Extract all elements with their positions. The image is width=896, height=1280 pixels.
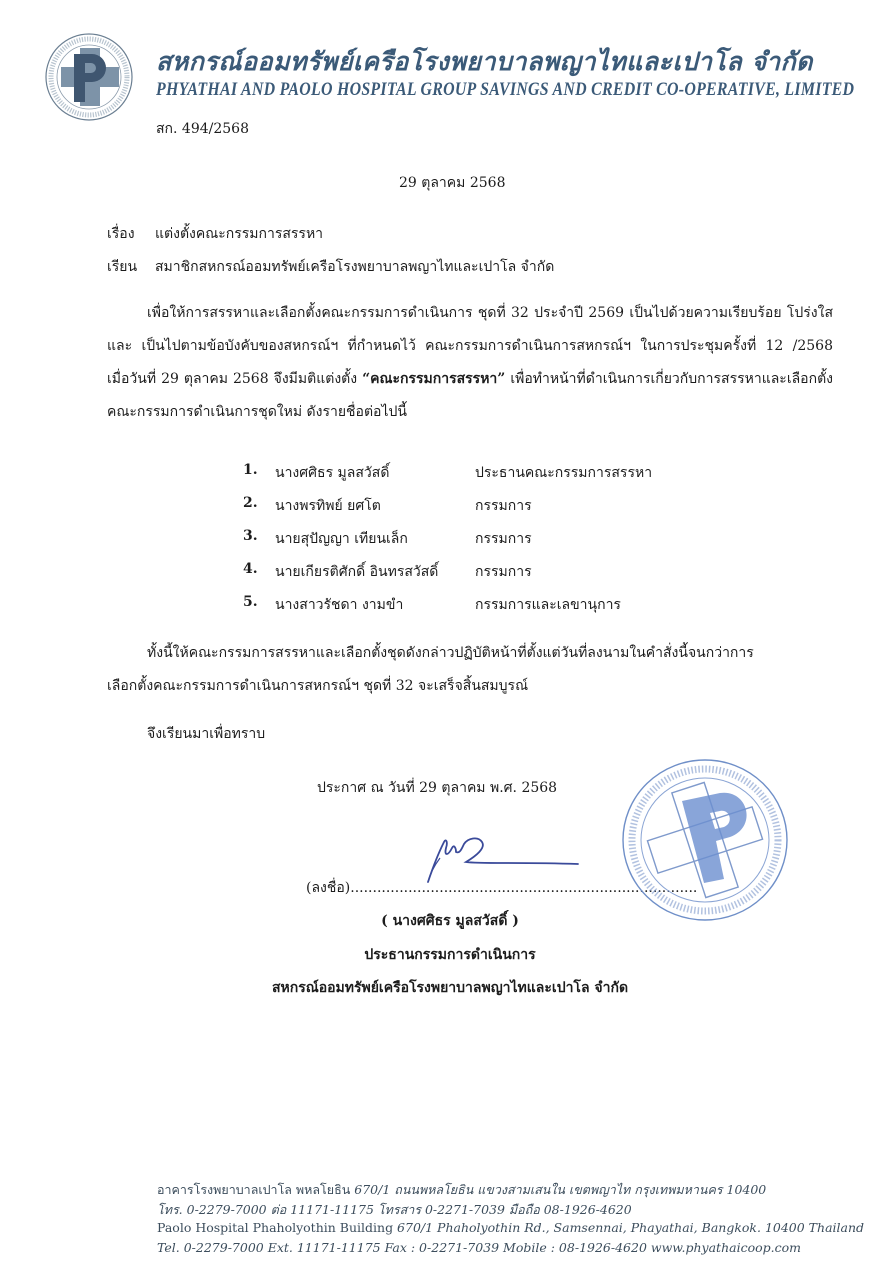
footer-address-thai: อาคารโรงพยาบาลเปาโล พหลโยธิน 670/1 ถนนพห…: [157, 1180, 766, 1200]
cross-p-logo-icon: [44, 32, 134, 122]
org-name-thai: สหกรณ์ออมทรัพย์เครือโรงพยาบาลพญาไทและเปา…: [156, 42, 813, 82]
member-number: 4.: [243, 561, 258, 577]
footer-contact-thai: โทร. 0-2279-7000 ต่อ 11171-11175 โทรสาร …: [157, 1200, 632, 1220]
official-seal-icon: [620, 757, 790, 923]
member-number: 3.: [243, 528, 258, 544]
subject-label: เรื่อง: [107, 223, 135, 245]
paragraph-line: และ เป็นไปตามข้อบังคับของสหกรณ์ฯ ที่กำหน…: [107, 330, 833, 363]
paragraph-line: คณะกรรมการดำเนินการชุดใหม่ ดังรายชื่อต่อ…: [107, 396, 833, 429]
member-role: กรรมการ: [475, 495, 532, 517]
member-role: กรรมการ: [475, 528, 532, 550]
closing-text: จึงเรียนมาเพื่อทราบ: [147, 723, 265, 745]
subject-text: แต่งตั้งคณะกรรมการสรรหา: [155, 223, 323, 245]
member-number: 2.: [243, 495, 258, 511]
paragraph-line: ทั้งนี้ให้คณะกรรมการสรรหาและเลือกตั้งชุด…: [107, 637, 762, 670]
recipient-label: เรียน: [107, 256, 137, 278]
footer-contact-english: Tel. 0-2279-7000 Ext. 11171-11175 Fax : …: [157, 1240, 801, 1255]
member-name: นางสาวรัชดา งามขำ: [275, 594, 403, 616]
member-name: นางศศิธร มูลสวัสดิ์: [275, 462, 389, 484]
org-name-english: PHYATHAI AND PAOLO HOSPITAL GROUP SAVING…: [156, 80, 854, 101]
recipient-text: สมาชิกสหกรณ์ออมทรัพย์เครือโรงพยาบาลพญาไท…: [155, 256, 554, 278]
member-number: 5.: [243, 594, 258, 610]
member-role: ประธานคณะกรรมการสรรหา: [475, 462, 652, 484]
member-name: นายเกียรติศักดิ์ อินทรสวัสดิ์: [275, 561, 438, 583]
body-paragraph-1: เพื่อให้การสรรหาและเลือกตั้งคณะกรรมการดำ…: [107, 297, 833, 429]
body-paragraph-2: ทั้งนี้ให้คณะกรรมการสรรหาและเลือกตั้งชุด…: [107, 637, 762, 703]
signer-organization: สหกรณ์ออมทรัพย์เครือโรงพยาบาลพญาไทและเปา…: [250, 977, 650, 999]
signer-position: ประธานกรรมการดำเนินการ: [250, 944, 650, 966]
reference-number: สก. 494/2568: [156, 118, 249, 140]
paragraph-line: เลือกตั้งคณะกรรมการดำเนินการสหกรณ์ฯ ชุดท…: [107, 670, 762, 703]
paragraph-line: เมื่อวันที่ 29 ตุลาคม 2568 จึงมีมติแต่งต…: [107, 363, 833, 396]
member-role: กรรมการและเลขานุการ: [475, 594, 621, 616]
member-name: นางพรทิพย์ ยศโต: [275, 495, 381, 517]
signer-name: ( นางศศิธร มูลสวัสดิ์ ): [250, 910, 650, 932]
document-date: 29 ตุลาคม 2568: [399, 172, 505, 194]
announcement-date: ประกาศ ณ วันที่ 29 ตุลาคม พ.ศ. 2568: [317, 777, 557, 799]
member-name: นายสุปัญญา เทียนเล็ก: [275, 528, 408, 550]
paragraph-line: เพื่อให้การสรรหาและเลือกตั้งคณะกรรมการดำ…: [107, 297, 833, 330]
footer-address-english: Paolo Hospital Phaholyothin Building 670…: [157, 1220, 864, 1235]
member-number: 1.: [243, 462, 258, 478]
member-role: กรรมการ: [475, 561, 532, 583]
committee-name-highlight: “คณะกรรมการสรรหา”: [362, 371, 505, 387]
